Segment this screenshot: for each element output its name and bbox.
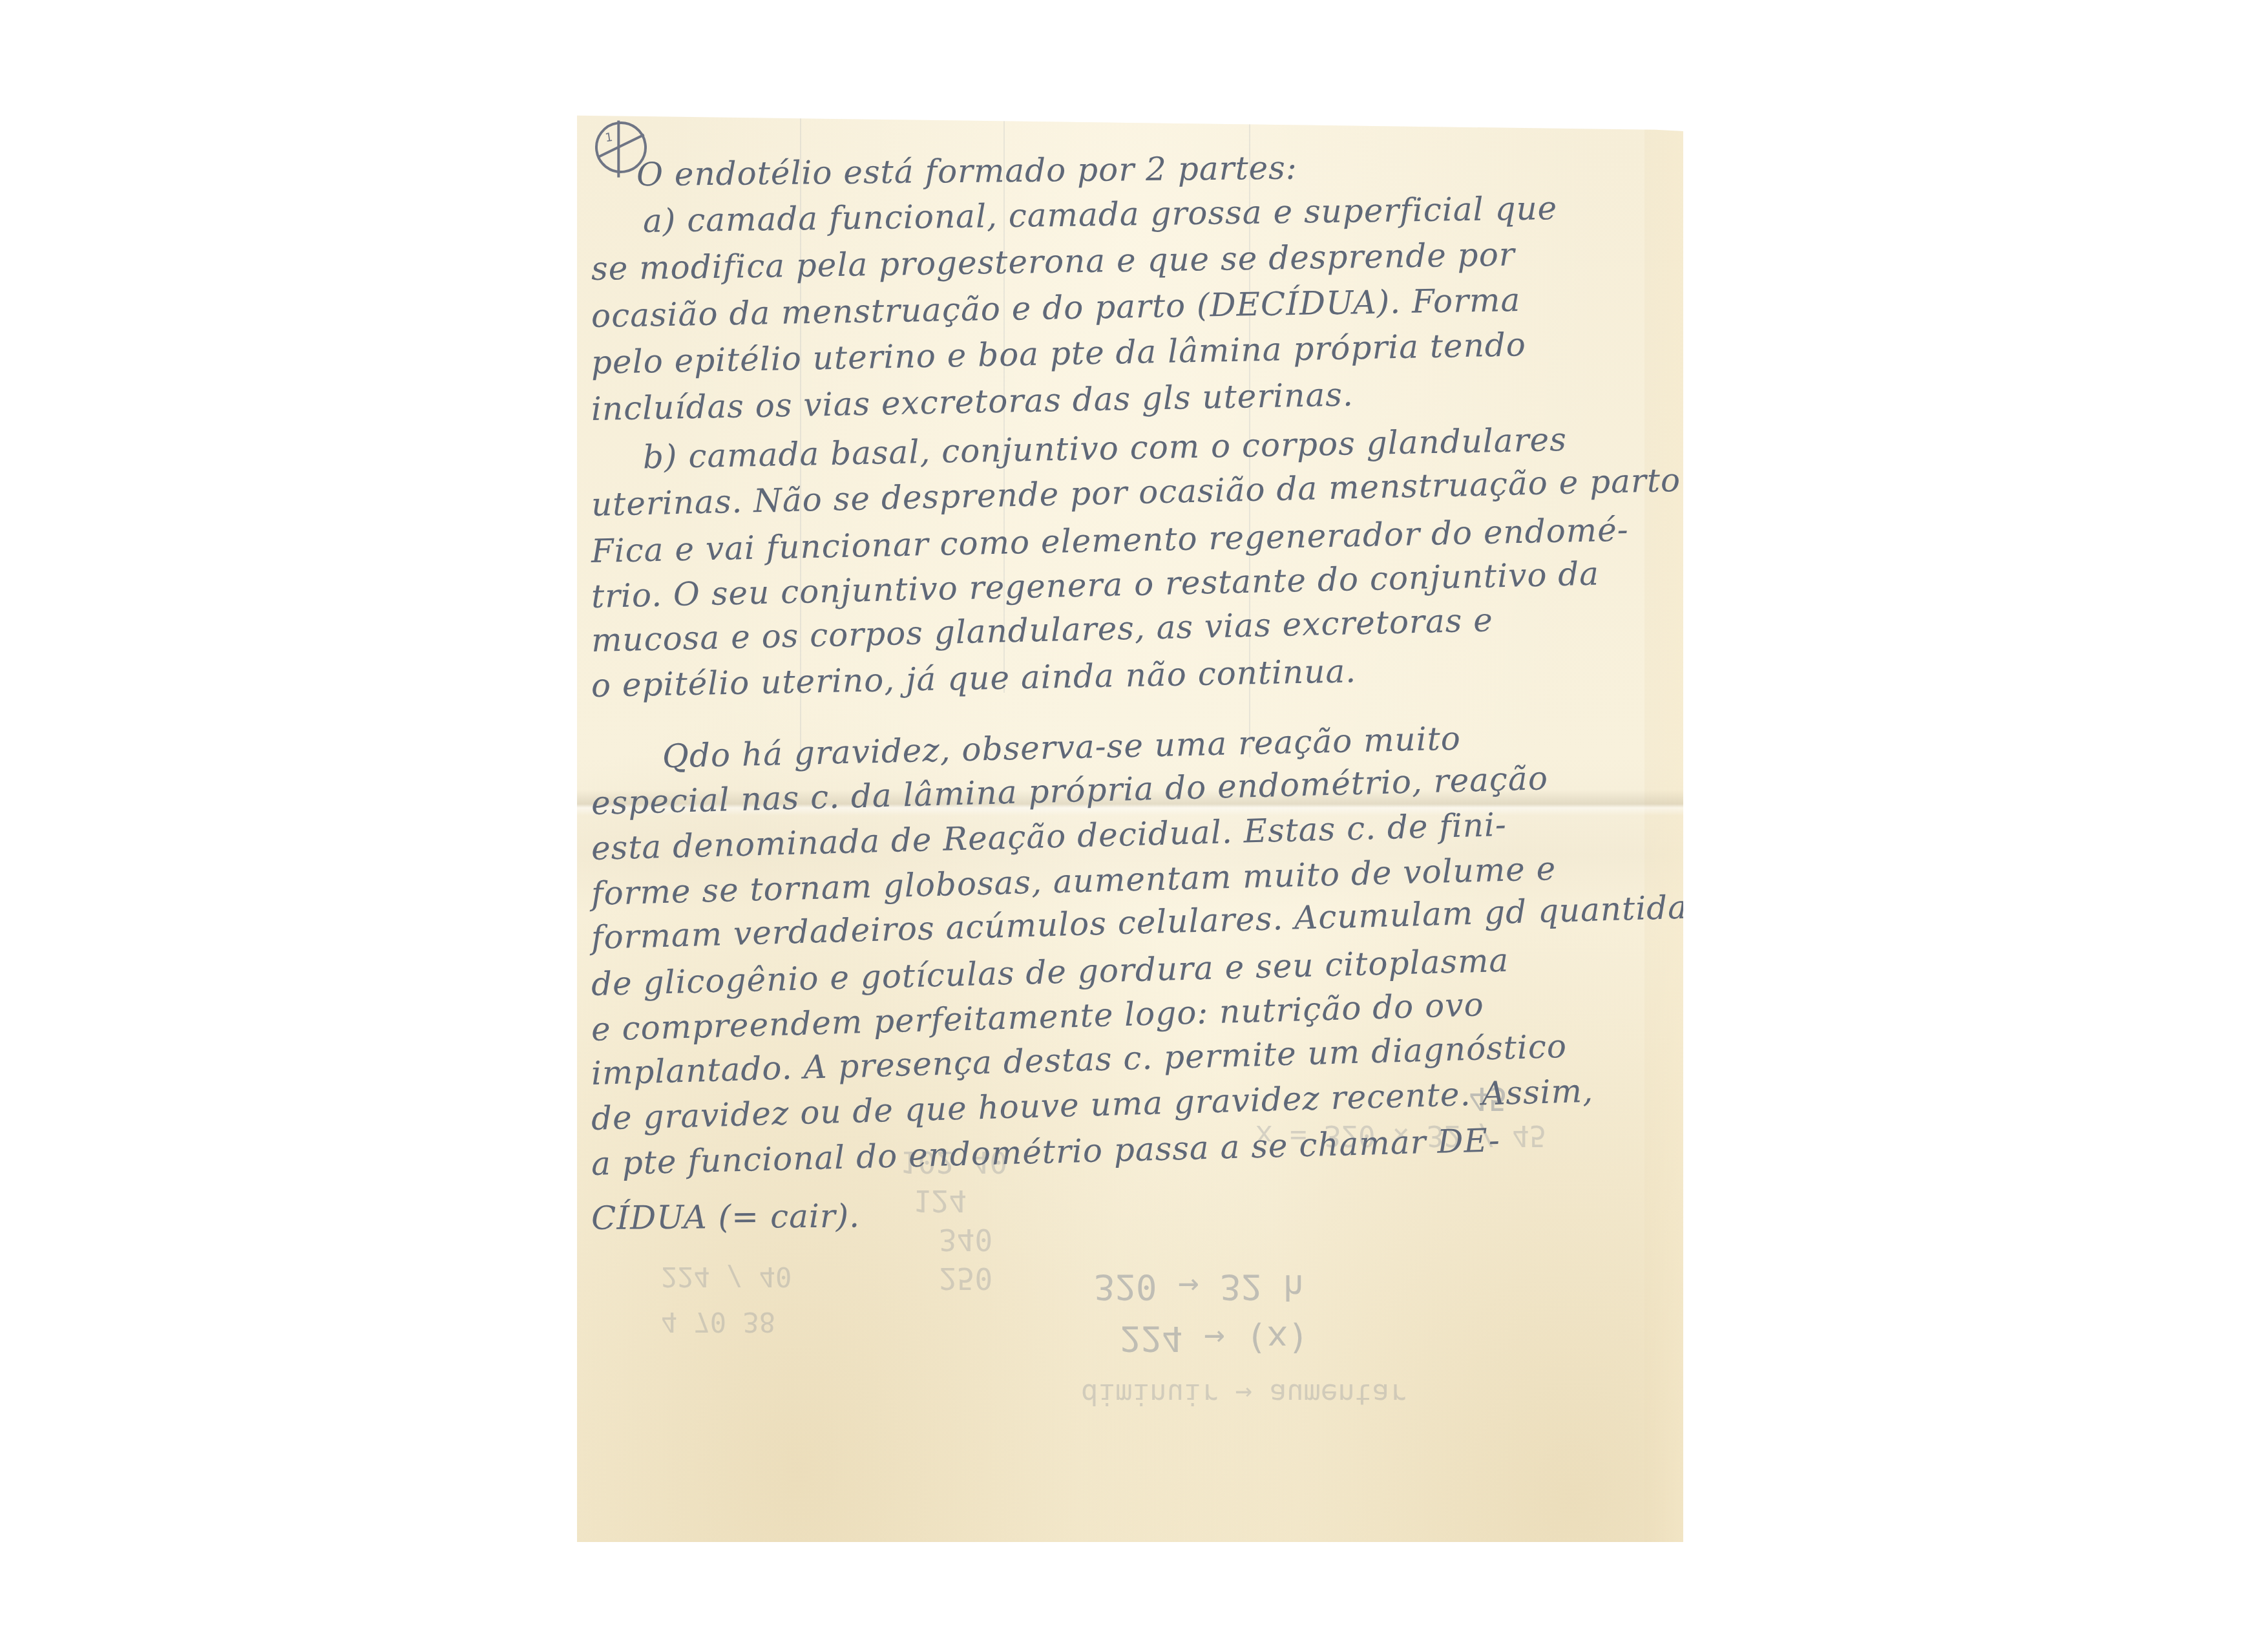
text-line: incluídas os vias excretoras das gls ute… bbox=[591, 370, 1651, 428]
text-line: se modifica pela progesterona e que se d… bbox=[591, 233, 1652, 288]
bleed-calc-8: 250 bbox=[939, 1262, 992, 1294]
bleed-calc-1: 320 → 32 h bbox=[1094, 1268, 1304, 1306]
bleed-calc-4: 4 70 38 bbox=[661, 1307, 775, 1336]
text-line: CÍDUA (= cair). bbox=[591, 1190, 1651, 1237]
bleed-calc-3: 224 / 40 bbox=[661, 1262, 792, 1291]
bleed-calc-2: 224 → (x) bbox=[1120, 1320, 1309, 1358]
paper-page: x = 320 × 32 / 45 320 → 32 h 224 → (x) d… bbox=[577, 111, 1683, 1542]
text-line: O endotélio está formado por 2 partes: bbox=[591, 145, 1697, 194]
bleed-note: diminuir → aumentar bbox=[1081, 1378, 1406, 1409]
page-number: 1 bbox=[604, 131, 613, 145]
text-line: a) camada funcional, camada grossa e sup… bbox=[591, 188, 1652, 240]
